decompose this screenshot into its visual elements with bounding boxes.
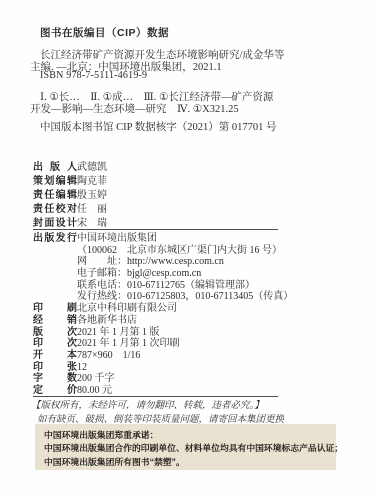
promise-line2: 中国环境出版集团所有图书“禁塑”。 bbox=[44, 456, 328, 469]
staff-row-proofreader: 责任校对任 丽 bbox=[33, 203, 107, 217]
staff-label: 出版人 bbox=[33, 161, 77, 175]
staff-label: 责任校对 bbox=[33, 203, 77, 217]
pub-value: 787×960 1/16 bbox=[77, 350, 140, 362]
pub-row-email: 电子邮箱：bjgl@cesp.com.cn bbox=[33, 268, 293, 280]
pub-value: 12 bbox=[77, 362, 87, 374]
pub-row-wordcount: 字数200 千字 bbox=[33, 373, 293, 385]
pub-label: 印次 bbox=[33, 338, 77, 350]
publication-info: 出版发行中国环境出版集团 （100062 北京市东城区广渠门内大街 16 号） … bbox=[33, 233, 293, 397]
copyright-line1: 【版权所有，未经许可，请勿翻印、转载，违者必究。】 bbox=[31, 400, 284, 414]
pub-value: 北京中科印刷有限公司 bbox=[77, 303, 177, 315]
cip-record-number: 中国版本图书馆 CIP 数据核字（2021）第 017701 号 bbox=[40, 119, 276, 134]
copyright-notice: 【版权所有，未经许可，请勿翻印、转载，违者必究。】 如有缺页、破损、倒装等印装质… bbox=[31, 400, 284, 427]
pub-label: 版次 bbox=[33, 327, 77, 339]
pub-row-price: 定价80.00 元 bbox=[33, 385, 293, 397]
pub-value: 联系电话：010-67112765（编辑管理部） bbox=[77, 280, 255, 292]
staff-value: 武德凯 bbox=[77, 161, 107, 175]
pub-label: 经销 bbox=[33, 315, 77, 327]
pub-row-sheets: 印张12 bbox=[33, 362, 293, 374]
pub-row-address: （100062 北京市东城区广渠门内大街 16 号） bbox=[33, 245, 293, 257]
cip-header: 图书在版编目（CIP）数据 bbox=[40, 25, 169, 40]
pub-value: 发行热线：010-67125803，010-67113405（传真） bbox=[77, 291, 293, 303]
pub-label: 开本 bbox=[33, 350, 77, 362]
pub-value: 中国环境出版集团 bbox=[77, 233, 157, 245]
copyright-page: 图书在版编目（CIP）数据 长江经济带矿产资源开发生态环境影响研究/成金华等 主… bbox=[0, 0, 375, 496]
pub-value: 80.00 元 bbox=[77, 385, 112, 397]
pub-value: （100062 北京市东城区广渠门内大街 16 号） bbox=[77, 245, 282, 257]
promise-line1: 中国环境出版集团合作的印刷单位、材料单位均具有中国环境标志产品认证； bbox=[44, 442, 328, 455]
promise-title: 中国环境出版集团郑重承诺： bbox=[44, 429, 328, 442]
divider-bottom bbox=[33, 396, 278, 397]
pub-row-website: 网 址：http://www.cesp.com.cn bbox=[33, 256, 293, 268]
divider-top bbox=[33, 229, 278, 230]
pub-value: 各地新华书店 bbox=[77, 315, 137, 327]
publisher-promise-box: 中国环境出版集团郑重承诺： 中国环境出版集团合作的印刷单位、材料单位均具有中国环… bbox=[35, 424, 336, 470]
pub-row-edition: 版次2021 年 1 月第 1 版 bbox=[33, 327, 293, 339]
staff-list: 出版人武德凯 策划编辑陶克菲 责任编辑殷玉婷 责任校对任 丽 封面设计宋 瑞 bbox=[33, 161, 107, 231]
pub-value: 电子邮箱：bjgl@cesp.com.cn bbox=[77, 268, 201, 280]
staff-label: 策划编辑 bbox=[33, 175, 77, 189]
pub-label: 字数 bbox=[33, 373, 77, 385]
pub-value: 2021 年 1 月第 1 次印刷 bbox=[77, 338, 180, 350]
staff-row-publisher-person: 出版人武德凯 bbox=[33, 161, 107, 175]
pub-label: 印张 bbox=[33, 362, 77, 374]
cip-classification-line2: 开发—影响—生态环境—研究 Ⅳ. ①X321.25 bbox=[30, 101, 239, 116]
pub-row-distributor: 经销各地新华书店 bbox=[33, 315, 293, 327]
pub-row-printing: 印次2021 年 1 月第 1 次印刷 bbox=[33, 338, 293, 350]
pub-value: 2021 年 1 月第 1 版 bbox=[77, 327, 160, 339]
staff-row-planning-editor: 策划编辑陶克菲 bbox=[33, 175, 107, 189]
pub-label: 定价 bbox=[33, 385, 77, 397]
pub-row-phone: 联系电话：010-67112765（编辑管理部） bbox=[33, 280, 293, 292]
staff-label: 责任编辑 bbox=[33, 189, 77, 203]
staff-row-responsible-editor: 责任编辑殷玉婷 bbox=[33, 189, 107, 203]
staff-value: 陶克菲 bbox=[77, 175, 107, 189]
staff-value: 殷玉婷 bbox=[77, 189, 107, 203]
pub-row-hotline: 发行热线：010-67125803，010-67113405（传真） bbox=[33, 291, 293, 303]
staff-value: 任 丽 bbox=[77, 203, 107, 217]
pub-row-format: 开本787×960 1/16 bbox=[33, 350, 293, 362]
pub-row-publisher: 出版发行中国环境出版集团 bbox=[33, 233, 293, 245]
pub-value: 200 千字 bbox=[77, 373, 115, 385]
pub-label: 印刷 bbox=[33, 303, 77, 315]
pub-value: 网 址：http://www.cesp.com.cn bbox=[77, 256, 224, 268]
pub-row-printer: 印刷北京中科印刷有限公司 bbox=[33, 303, 293, 315]
isbn: ISBN 978-7-5111-4619-9 bbox=[40, 70, 147, 81]
pub-label: 出版发行 bbox=[33, 233, 77, 245]
